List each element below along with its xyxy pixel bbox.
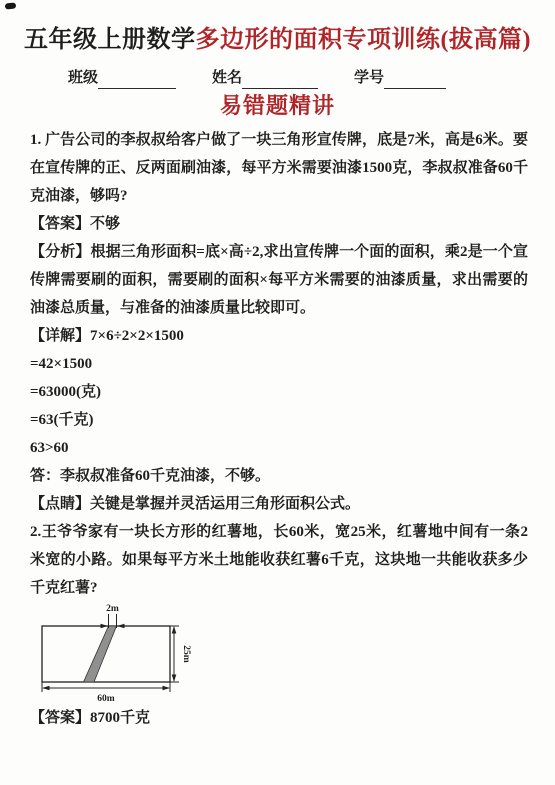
class-blank-line [98, 73, 176, 89]
calc-line-2: =63000(克) [30, 378, 528, 406]
name-label: 姓名 [212, 68, 242, 89]
calc-line-1: =42×1500 [30, 350, 528, 378]
worksheet-page: 五年级上册数学多边形的面积专项训练(拔高篇) 班级 姓名 学号 易错题精讲 1.… [0, 0, 555, 785]
title-grade-part: 五年级上册数学 [24, 27, 196, 53]
dim-height-arrow-up-icon [172, 626, 177, 634]
field-diagram: 2m 25m 60m [20, 602, 230, 704]
name-blank-line [242, 73, 318, 89]
number-label: 学号 [354, 68, 384, 89]
calc-line-3: =63(千克) [30, 406, 528, 434]
road-strip [84, 626, 117, 682]
solution-1: 【详解】7×6÷2×2×1500 [30, 322, 528, 350]
field-width-label: 25m [181, 645, 191, 663]
worksheet-body-continued: 【答案】8700千克 [0, 704, 555, 732]
dim-length-arrow-right-icon [163, 686, 171, 691]
dim-height-arrow-down-icon [172, 675, 177, 683]
student-info-row: 班级 姓名 学号 [0, 68, 555, 89]
title-topic-part: 多边形的面积专项训练(拔高篇) [196, 27, 531, 53]
tip-1: 【点睛】关键是掌握并灵活运用三角形面积公式。 [30, 490, 528, 518]
section-heading: 易错题精讲 [0, 93, 555, 119]
page-title: 五年级上册数学多边形的面积专项训练(拔高篇) [0, 22, 555, 58]
class-label: 班级 [68, 68, 98, 89]
field-length-label: 60m [97, 694, 115, 704]
conclusion-1: 答：李叔叔准备60千克油漆，不够。 [30, 462, 528, 490]
class-field: 班级 [68, 68, 176, 89]
calc-line-4: 63>60 [30, 434, 528, 462]
road-arrow-right-icon [117, 624, 125, 629]
worksheet-body: 1. 广告公司的李叔叔给客户做了一块三角形宣传牌，底是7米，高是6米。要在宣传牌… [0, 126, 555, 602]
analysis-1: 【分析】根据三角形面积=底×高÷2,求出宣传牌一个面的面积，乘2是一个宣传牌需要… [30, 238, 528, 322]
question-1: 1. 广告公司的李叔叔给客户做了一块三角形宣传牌，底是7米，高是6米。要在宣传牌… [30, 126, 528, 210]
number-field: 学号 [354, 68, 446, 89]
number-blank-line [384, 73, 446, 89]
road-width-label: 2m [106, 604, 119, 614]
scan-artifact-mark [5, 2, 17, 9]
road-arrow-left-icon [101, 624, 109, 629]
question-2: 2.王爷爷家有一块长方形的红薯地，长60米，宽25米，红薯地中间有一条2米宽的小… [30, 518, 528, 602]
answer-1: 【答案】不够 [30, 210, 528, 238]
name-field: 姓名 [212, 68, 318, 89]
answer-2: 【答案】8700千克 [30, 704, 528, 732]
dim-length-arrow-left-icon [42, 686, 50, 691]
figure-sweet-potato-field: 2m 25m 60m [0, 602, 555, 704]
